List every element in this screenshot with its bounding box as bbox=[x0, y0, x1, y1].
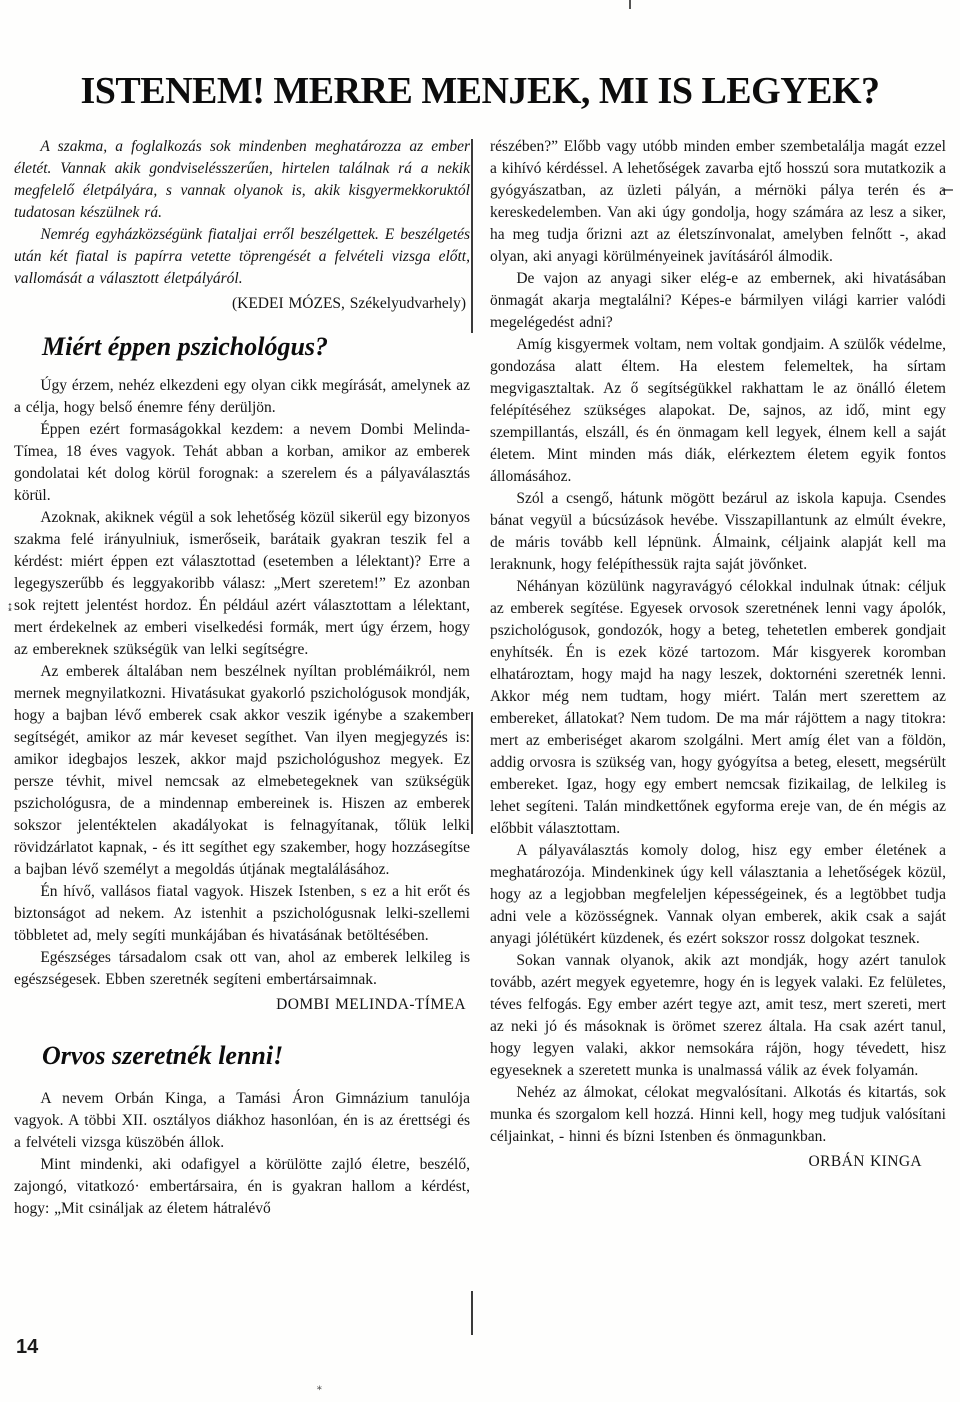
article2-paragraph: Amíg kisgyermek voltam, nem voltak gondj… bbox=[490, 334, 946, 488]
article2-paragraph: Sokan vannak olyanok, akik azt mondják, … bbox=[490, 950, 946, 1082]
article1-paragraph: Az emberek általában nem beszélnek nyílt… bbox=[14, 661, 470, 881]
column-divider-segment bbox=[471, 1291, 473, 1335]
article1-paragraph: Én hívő, vallásos fiatal vagyok. Hiszek … bbox=[14, 881, 470, 947]
article2-paragraph: De vajon az anyagi siker elég-e az ember… bbox=[490, 268, 946, 334]
intro-paragraph: Nemrég egyházközségünk fiataljai erről b… bbox=[14, 224, 470, 290]
scan-speck-artifact: ∗ bbox=[316, 1383, 323, 1394]
article2-paragraph: részében?” Előbb vagy utóbb minden ember… bbox=[490, 136, 946, 268]
magazine-page: ISTENEM! MERRE MENJEK, MI IS LEGYEK? A s… bbox=[0, 0, 960, 1402]
article2-byline: ORBÁN KINGA bbox=[490, 1151, 922, 1173]
article2-paragraph: Nehéz az álmokat, célokat megvalósítani.… bbox=[490, 1082, 946, 1148]
intro-paragraph: A szakma, a foglalkozás sok mindenben me… bbox=[14, 136, 470, 224]
intro-byline: (KEDEI MÓZES, Székelyudvarhely) bbox=[14, 293, 466, 315]
page-number: 14 bbox=[16, 1336, 38, 1359]
article1-heading: Miért éppen pszichológus? bbox=[42, 333, 470, 362]
two-column-body: A szakma, a foglalkozás sok mindenben me… bbox=[14, 136, 946, 1220]
article1-paragraph: Egészséges társadalom csak ott van, ahol… bbox=[14, 947, 470, 991]
page-title: ISTENEM! MERRE MENJEK, MI IS LEGYEK? bbox=[0, 0, 960, 112]
article1-byline: DOMBI MELINDA-TÍMEA bbox=[14, 994, 466, 1016]
article1-paragraph: Úgy érzem, nehéz elkezdeni egy olyan cik… bbox=[14, 375, 470, 419]
article2-heading: Orvos szeretnék lenni! bbox=[42, 1042, 470, 1071]
right-column: részében?” Előbb vagy utóbb minden ember… bbox=[490, 136, 946, 1220]
article2-paragraph: A nevem Orbán Kinga, a Tamási Áron Gimná… bbox=[14, 1088, 470, 1154]
article2-paragraph: Mint mindenki, aki odafigyel a körülötte… bbox=[14, 1154, 470, 1220]
article1-paragraph: Azoknak, akiknek végül a sok lehetőség k… bbox=[14, 507, 470, 661]
article1-paragraph: Éppen ezért formaságokkal kezdem: a neve… bbox=[14, 419, 470, 507]
scan-speck-artifact: ↨ bbox=[7, 601, 11, 611]
article2-paragraph: A pályaválasztás komoly dolog, hisz egy … bbox=[490, 840, 946, 950]
article2-paragraph: Szól a csengő, hátunk mögött bezárul az … bbox=[490, 488, 946, 576]
scan-tick-artifact bbox=[629, 0, 631, 9]
article2-paragraph: Néhányan közülünk nagyravágyó célokkal i… bbox=[490, 576, 946, 840]
left-column: A szakma, a foglalkozás sok mindenben me… bbox=[14, 136, 470, 1220]
